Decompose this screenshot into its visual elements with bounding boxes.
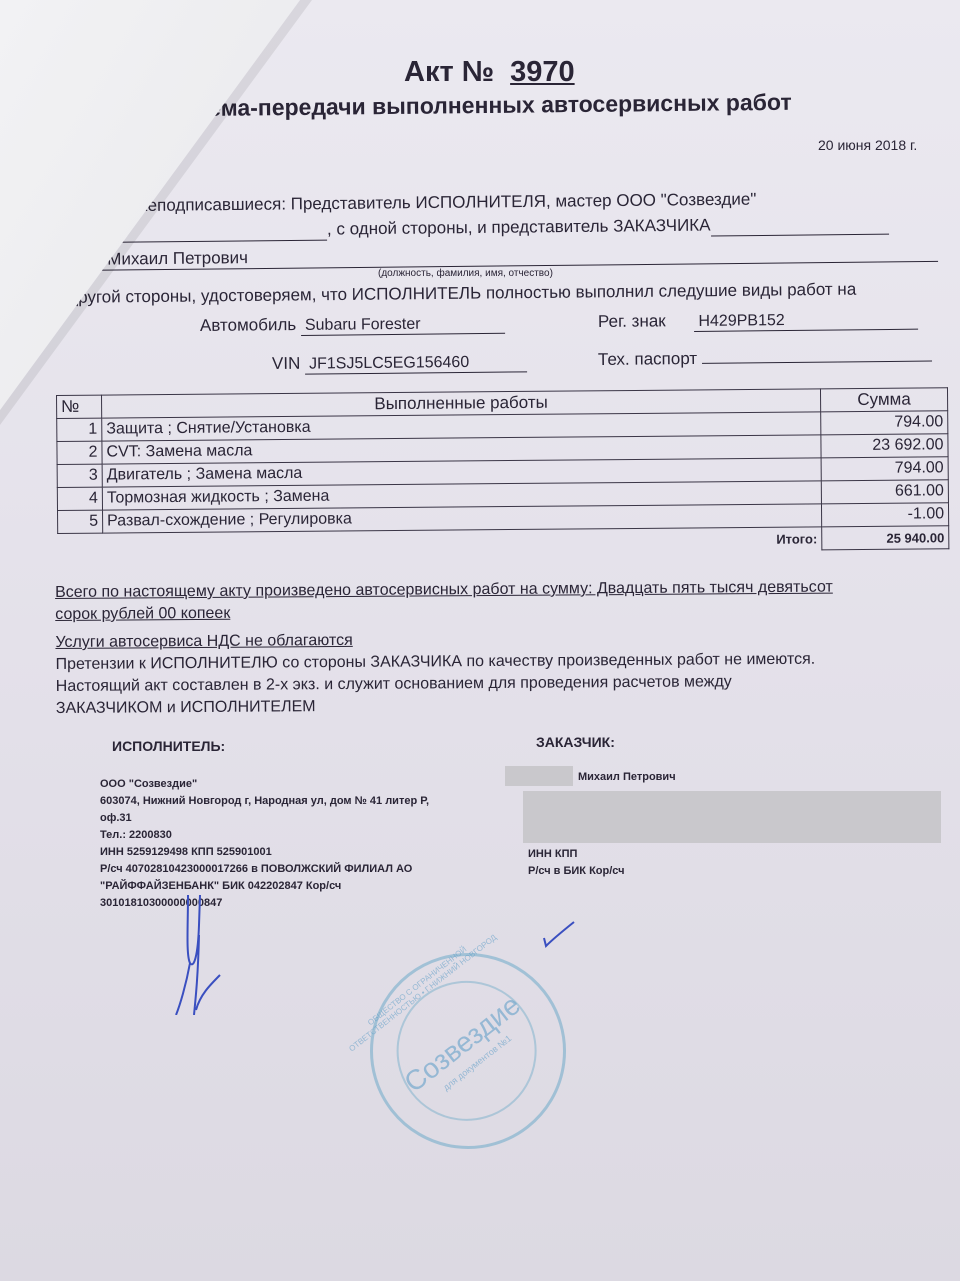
signature-icon <box>150 895 230 1015</box>
act-number: 3970 <box>510 56 575 88</box>
row-sum: -1.00 <box>821 503 948 527</box>
header-no: № <box>57 395 102 418</box>
car-field: Автомобиль Subaru Forester <box>200 313 505 337</box>
document-subtitle: риема-передачи выполненных автосервисных… <box>180 89 792 122</box>
passport-value <box>702 361 932 364</box>
redaction-address <box>523 791 941 843</box>
customer-rep-line: шин Михаил Петрович <box>70 241 938 271</box>
row-no: 4 <box>57 487 102 510</box>
executor-address-2: оф.31 <box>100 810 429 827</box>
checkmark-icon <box>538 920 578 950</box>
reg-label: Рег. знак <box>598 311 666 331</box>
row-no: 3 <box>57 464 102 487</box>
car-value: Subaru Forester <box>301 315 505 336</box>
reg-value: Н429РВ152 <box>694 311 918 332</box>
vin-value: JF1SJ5LC5EG156460 <box>305 353 527 374</box>
row-no: 5 <box>58 510 103 533</box>
total-in-words-2: сорок рублей 00 копеек <box>55 599 833 626</box>
reg-field: Рег. знак Н429РВ152 <box>598 309 919 333</box>
row-no: 2 <box>57 441 102 464</box>
customer-inn-kpp: ИНН КПП <box>528 846 625 863</box>
passport-label: Тех. паспорт <box>598 349 697 369</box>
preamble-line-2: , с одной стороны, и представитель ЗАКАЗ… <box>95 214 889 243</box>
row-sum: 23 692.00 <box>821 434 948 458</box>
executor-address-1: 603074, Нижний Новгород г, Народная ул, … <box>100 793 429 810</box>
executor-details: ООО "Созвездие" 603074, Нижний Новгород … <box>100 776 429 912</box>
works-table: № Выполненные работы Сумма 1 Защита ; Сн… <box>56 387 949 557</box>
passport-field: Тех. паспорт <box>598 347 932 370</box>
summary-block: Всего по настоящему акту произведено авт… <box>55 577 834 720</box>
executor-inn-kpp: ИНН 5259129498 КПП 525901001 <box>100 844 429 861</box>
document-title: Акт № 3970 <box>404 56 575 89</box>
row-sum: 794.00 <box>821 411 948 435</box>
company-stamp: ОБЩЕСТВО С ОГРАНИЧЕННОЙ ОТВЕТСТВЕННОСТЬЮ… <box>330 913 605 1188</box>
preamble-line-2-text: , с одной стороны, и представитель ЗАКАЗ… <box>327 216 711 239</box>
row-sum: 661.00 <box>821 480 948 504</box>
document-date: 20 июня 2018 г. <box>818 137 917 153</box>
vin-field: VIN JF1SJ5LC5EG156460 <box>272 351 527 375</box>
redaction-surname <box>505 766 573 786</box>
executor-phone: Тел.: 2200830 <box>100 827 429 844</box>
header-sum: Сумма <box>820 388 947 412</box>
customer-heading: ЗАКАЗЧИК: <box>536 734 615 750</box>
vin-label: VIN <box>272 354 301 373</box>
executor-account-1: Р/сч 40702810423000017266 в ПОВОЛЖСКИЙ Ф… <box>100 861 429 878</box>
car-label: Автомобиль <box>200 315 296 335</box>
executor-heading: ИСПОЛНИТЕЛЬ: <box>112 738 225 754</box>
preamble-line-1: кеподписавшиеся: Представитель ИСПОЛНИТЕ… <box>140 190 757 216</box>
customer-name: Михаил Петрович <box>578 769 676 786</box>
customer-rep-blank <box>710 214 888 237</box>
row-sum: 794.00 <box>821 457 948 481</box>
title-prefix: Акт № <box>404 56 494 88</box>
total-value: 25 940.00 <box>822 526 949 550</box>
executor-account-2: "РАЙФФАЙЗЕНБАНК" БИК 042202847 Кор/сч <box>100 878 429 895</box>
field-hint: (должность, фамилия, имя, отчество) <box>378 268 553 279</box>
customer-account: Р/сч в БИК Кор/сч <box>528 863 625 880</box>
copies-note-2: ЗАКАЗЧИКОМ и ИСПОЛНИТЕЛЕМ <box>56 693 834 720</box>
customer-details: ИНН КПП Р/сч в БИК Кор/сч <box>528 846 625 880</box>
preamble-line-4: с другой стороны, удостоверяем, что ИСПО… <box>55 280 856 308</box>
row-no: 1 <box>57 418 102 441</box>
executor-name: ООО "Созвездие" <box>100 776 429 793</box>
